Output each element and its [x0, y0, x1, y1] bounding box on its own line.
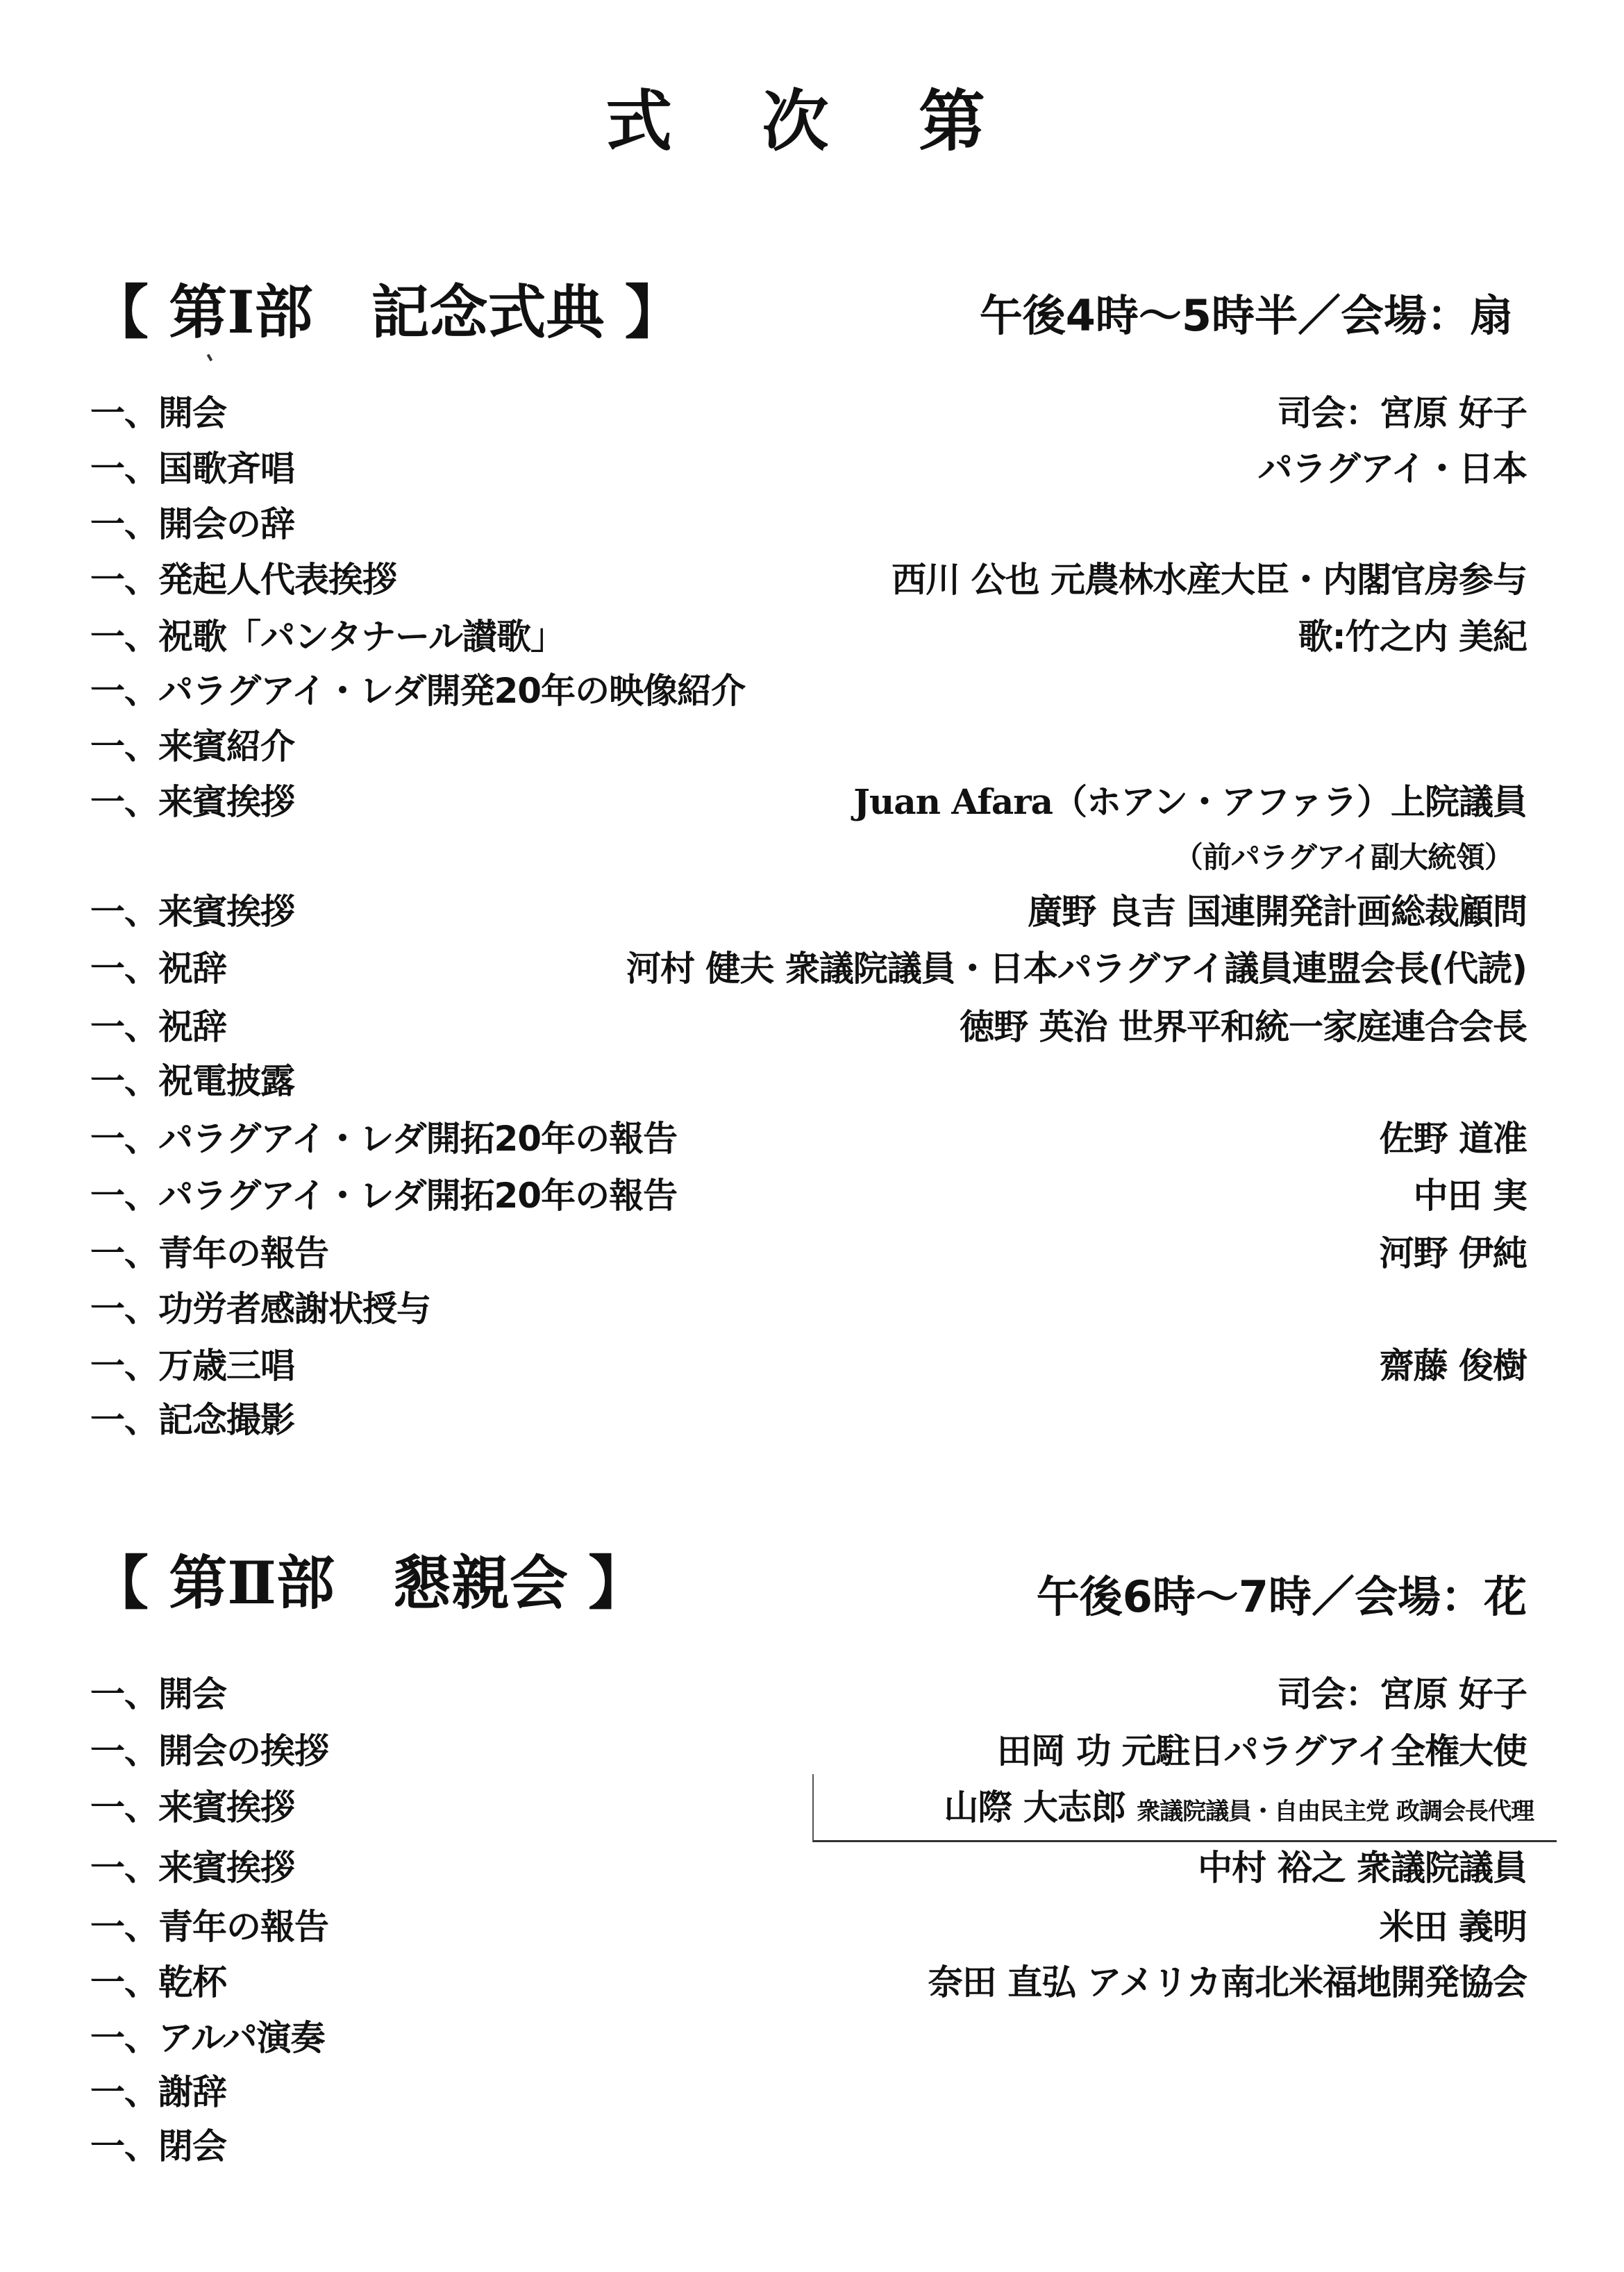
program-item: 一、来賓挨拶 [90, 778, 294, 826]
program-item: 一、国歌斉唱 [90, 444, 294, 493]
part2-time-venue: 午後6時～7時／会場：花 [1037, 1569, 1527, 1625]
program-row: 一、開会の挨拶 田岡 功 元駐日パラグアイ全権大使 [90, 1727, 1527, 1776]
program-row: 一、青年の報告 河野 伊純 [90, 1229, 1527, 1278]
program-row: 一、祝電披露 [90, 1057, 1527, 1105]
speaker: 中田 実 [1414, 1171, 1527, 1220]
program-item: 一、祝電披露 [90, 1057, 294, 1105]
speaker: 田岡 功 元駐日パラグアイ全権大使 [997, 1727, 1527, 1776]
program-item: 一、乾杯 [90, 1958, 226, 2007]
program-row: 一、パラグアイ・レダ開拓20年の報告 佐野 道准 [90, 1114, 1527, 1163]
speaker-title: 衆議院議員・自由民主党 政調会長代理 [1137, 1798, 1534, 1826]
scan-speck [207, 354, 212, 362]
program-item: 一、万歳三唱 [90, 1342, 294, 1390]
program-item: 一、祝辞 [90, 944, 226, 993]
program-row: 一、祝辞 河村 健夫 衆議院議員・日本パラグアイ議員連盟会長(代読) [90, 944, 1527, 993]
speaker: 歌:竹之内 美紀 [1298, 612, 1527, 661]
speaker-subtitle: （前パラグアイ副大統領） [1174, 833, 1513, 882]
program-item: 一、閉会 [90, 2122, 226, 2171]
speaker: 徳野 英治 世界平和統一家庭連合会長 [960, 1003, 1527, 1051]
speaker: 中村 裕之 衆議院議員 [1198, 1844, 1527, 1892]
program-item: 一、アルパ演奏 [90, 2014, 325, 2062]
speaker: 山際 大志郎 衆議院議員・自由民主党 政調会長代理 [944, 1783, 1534, 1836]
program-row: 一、来賓挨拶 山際 大志郎 衆議院議員・自由民主党 政調会長代理 [90, 1783, 1527, 1832]
speaker: 河村 健夫 衆議院議員・日本パラグアイ議員連盟会長(代読) [626, 944, 1527, 993]
program-row-sub: （前パラグアイ副大統領） [90, 833, 1527, 882]
program-row: 一、パラグアイ・レダ開拓20年の報告 中田 実 [90, 1171, 1527, 1220]
program-item: 一、祝辞 [90, 1003, 226, 1051]
program-item: 一、青年の報告 [90, 1229, 328, 1278]
program-row: 一、来賓挨拶 Juan Afara（ホアン・アファラ）上院議員 [90, 778, 1527, 826]
program-item: 一、開会の辞 [90, 500, 294, 549]
program-item: 一、開会 [90, 389, 226, 437]
speaker: 西川 公也 元農林水産大臣・内閣官房参与 [891, 556, 1527, 604]
program-item: 一、青年の報告 [90, 1903, 328, 1951]
program-item: 一、開会の挨拶 [90, 1727, 328, 1776]
program-row: 一、来賓紹介 [90, 722, 1527, 771]
program-item: 一、パラグアイ・レダ開拓20年の報告 [90, 1114, 677, 1163]
program-row: 一、開会 司会：宮原 好子 [90, 389, 1527, 437]
program-row: 一、来賓挨拶 廣野 良吉 国連開発計画総裁顧問 [90, 887, 1527, 936]
program-row: 一、青年の報告 米田 義明 [90, 1903, 1527, 1951]
program-row: 一、祝歌「パンタナール讃歌」 歌:竹之内 美紀 [90, 612, 1527, 661]
speaker: 廣野 良吉 国連開発計画総裁顧問 [1028, 887, 1527, 936]
page-title: 式 次 第 [0, 83, 1624, 160]
speaker-name: 山際 大志郎 [944, 1787, 1125, 1828]
program-item: 一、来賓挨拶 [90, 1844, 294, 1892]
program-row: 一、開会の辞 [90, 500, 1527, 549]
program-item: 一、パラグアイ・レダ開拓20年の報告 [90, 1171, 677, 1220]
program-row: 一、謝辞 [90, 2068, 1527, 2116]
program-item: 一、来賓紹介 [90, 722, 294, 771]
part2-heading: 【 第Ⅱ部 懇親会 】 [90, 1548, 646, 1618]
program-item: 一、開会 [90, 1670, 226, 1719]
part1-heading: 【 第Ⅰ部 記念式典 】 [90, 278, 683, 347]
speaker: 佐野 道准 [1380, 1114, 1527, 1163]
speaker: パラグアイ・日本 [1258, 444, 1527, 493]
speaker: Juan Afara（ホアン・アファラ）上院議員 [853, 778, 1527, 826]
program-row: 一、発起人代表挨拶 西川 公也 元農林水産大臣・内閣官房参与 [90, 556, 1527, 604]
speaker: 奈田 直弘 アメリカ南北米福地開発協会 [928, 1958, 1527, 2007]
speaker: 米田 義明 [1380, 1903, 1527, 1951]
program-row: 一、アルパ演奏 [90, 2014, 1527, 2062]
speaker: 司会：宮原 好子 [1278, 1670, 1527, 1719]
program-row: 一、来賓挨拶 中村 裕之 衆議院議員 [90, 1844, 1527, 1892]
program-item: 一、功労者感謝状授与 [90, 1285, 430, 1333]
speaker: 齋藤 俊樹 [1380, 1342, 1527, 1390]
program-row: 一、開会 司会：宮原 好子 [90, 1670, 1527, 1719]
program-row: 一、パラグアイ・レダ開発20年の映像紹介 [90, 667, 1527, 715]
program-row: 一、功労者感謝状授与 [90, 1285, 1527, 1333]
program-row: 一、国歌斉唱 パラグアイ・日本 [90, 444, 1527, 493]
part1-time-venue: 午後4時～5時半／会場：扇 [980, 288, 1513, 344]
program-row: 一、乾杯 奈田 直弘 アメリカ南北米福地開発協会 [90, 1958, 1527, 2007]
program-row: 一、記念撮影 [90, 1396, 1527, 1444]
program-item: 一、来賓挨拶 [90, 1783, 294, 1832]
program-item: 一、来賓挨拶 [90, 887, 294, 936]
program-row: 一、閉会 [90, 2122, 1527, 2171]
program-row: 一、万歳三唱 齋藤 俊樹 [90, 1342, 1527, 1390]
program-item: 一、記念撮影 [90, 1396, 294, 1444]
program-item: 一、パラグアイ・レダ開発20年の映像紹介 [90, 667, 745, 715]
speaker: 河野 伊純 [1380, 1229, 1527, 1278]
program-row: 一、祝辞 徳野 英治 世界平和統一家庭連合会長 [90, 1003, 1527, 1051]
program-item: 一、謝辞 [90, 2068, 226, 2116]
program-item: 一、祝歌「パンタナール讃歌」 [90, 612, 564, 661]
program-item: 一、発起人代表挨拶 [90, 556, 396, 604]
speaker: 司会：宮原 好子 [1278, 389, 1527, 437]
